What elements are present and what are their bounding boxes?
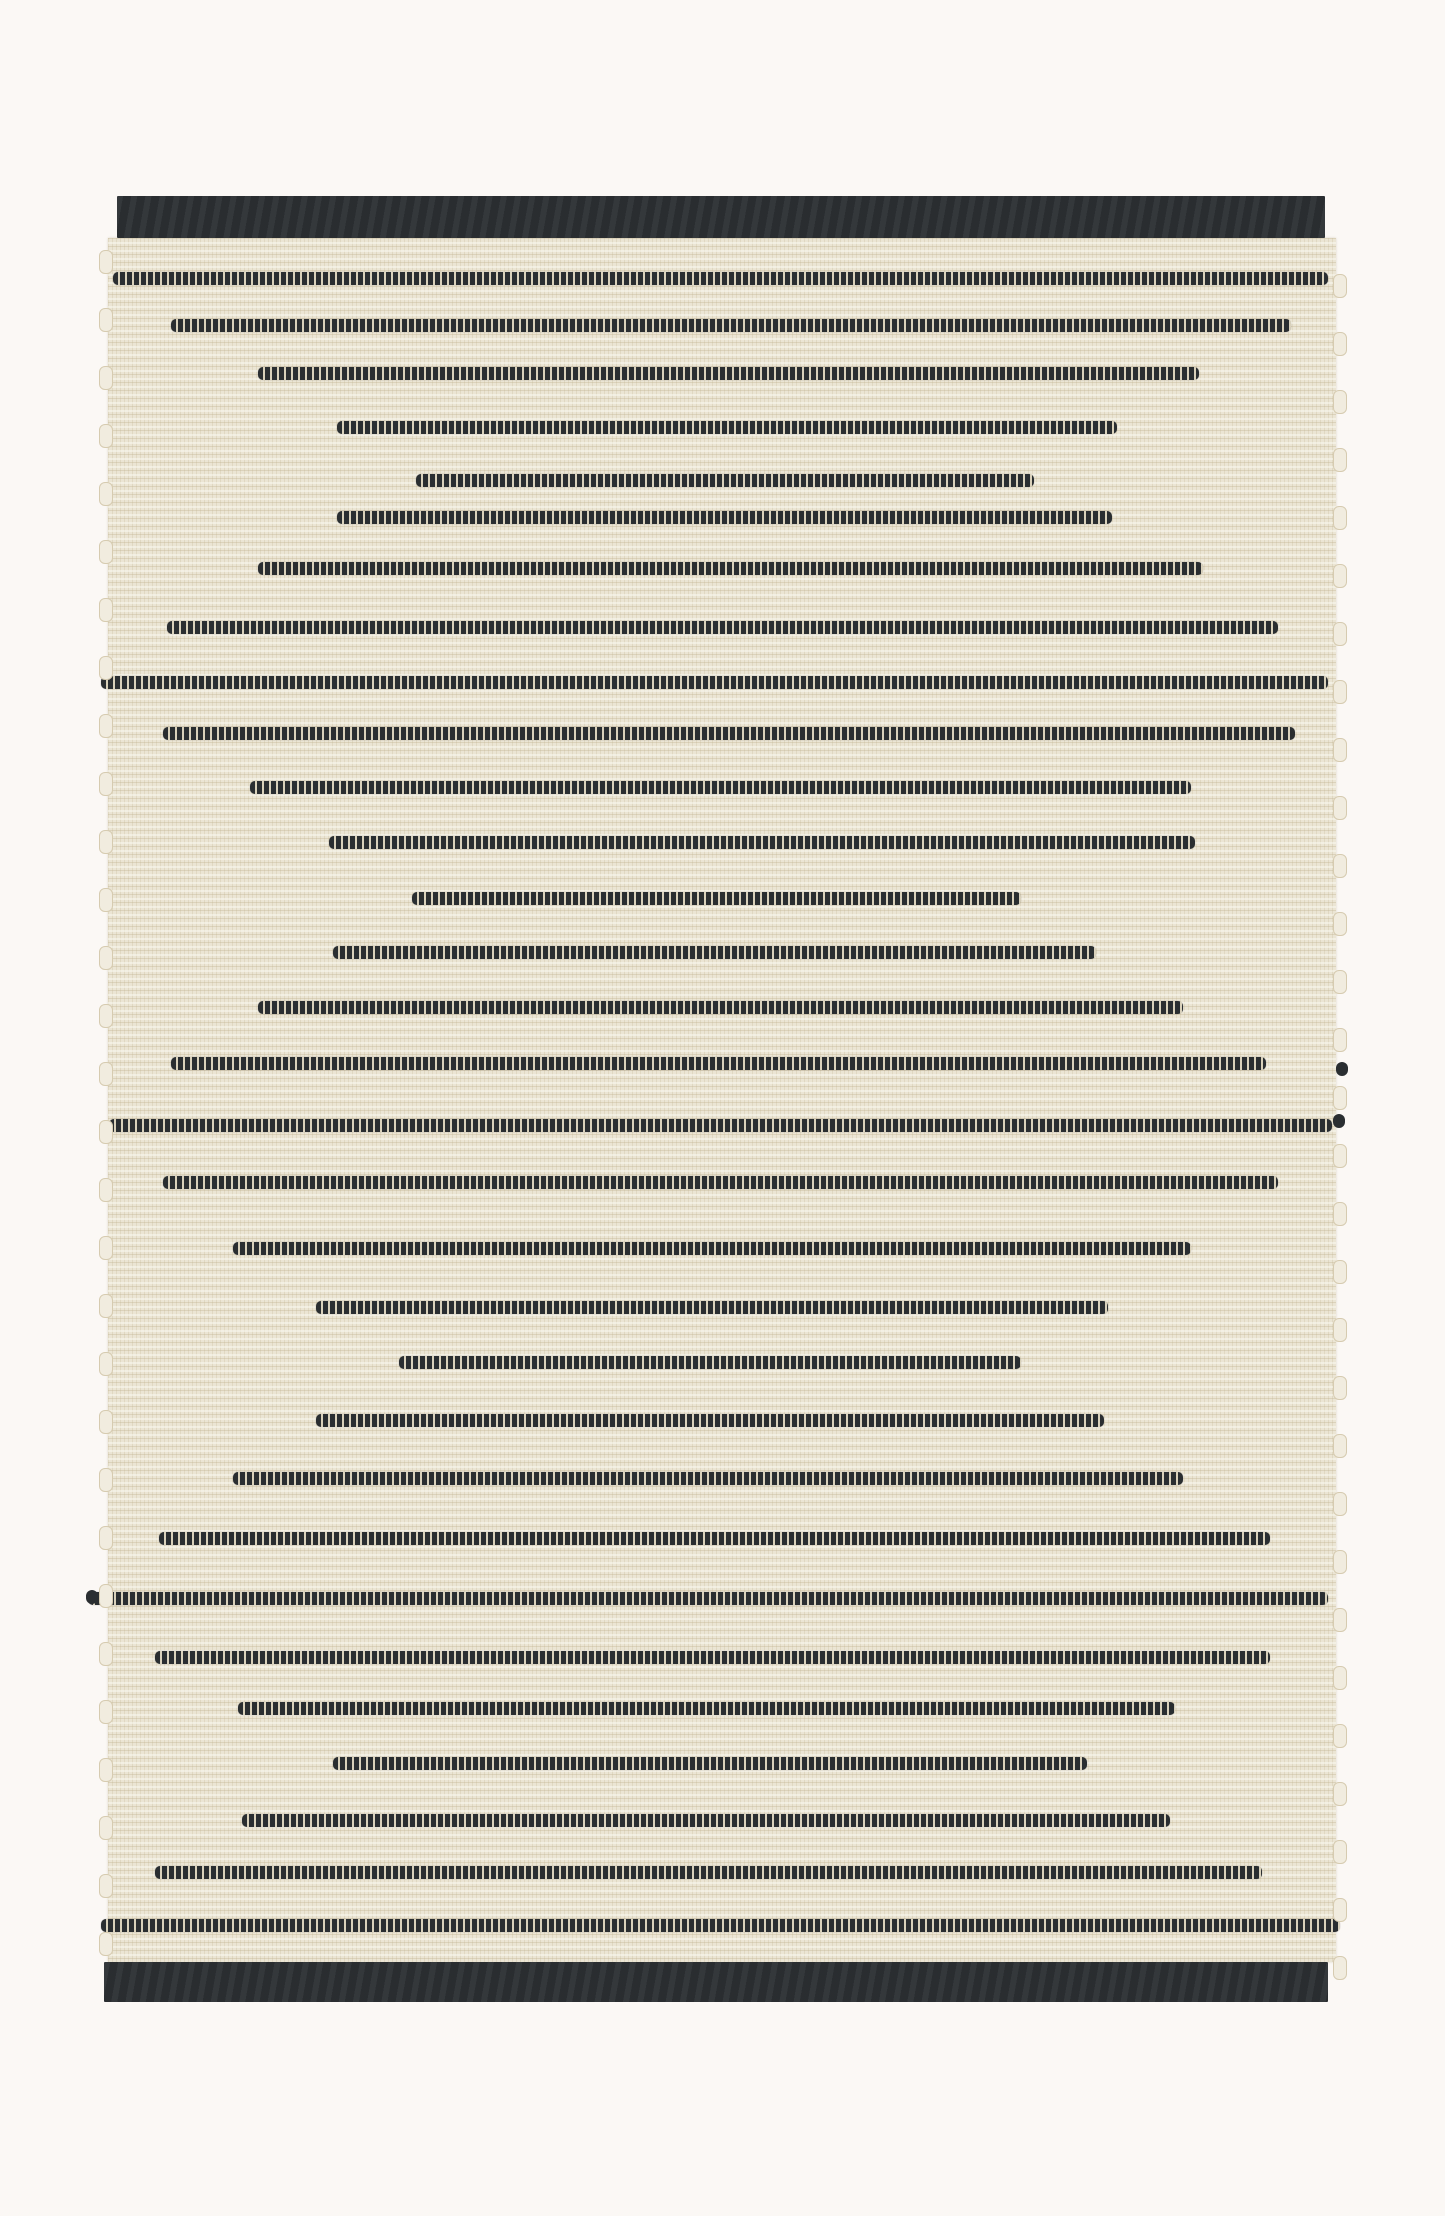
- selvage-loop-right: [1333, 1550, 1347, 1574]
- selvage-loop-right: [1333, 1434, 1347, 1458]
- stripe-end-tab: [1333, 1114, 1345, 1128]
- selvage-loop-left: [99, 1120, 113, 1144]
- selvage-loop-right: [1333, 1376, 1347, 1400]
- selvage-loop-right: [1333, 1492, 1347, 1516]
- rug-stripe: [416, 474, 1034, 487]
- selvage-loop-right: [1333, 1318, 1347, 1342]
- selvage-loop-right: [1333, 1956, 1347, 1980]
- selvage-loop-right: [1333, 506, 1347, 530]
- rug-stripe: [163, 1176, 1278, 1189]
- selvage-loop-left: [99, 1410, 113, 1434]
- selvage-loop-right: [1333, 680, 1347, 704]
- selvage-loop-right: [1333, 1260, 1347, 1284]
- rug-stripe: [155, 1651, 1270, 1664]
- rug-bottom-border: [104, 1962, 1328, 2002]
- selvage-loop-left: [99, 772, 113, 796]
- stripe-end-tab: [86, 1590, 98, 1604]
- selvage-loop-right: [1333, 332, 1347, 356]
- selvage-loop-left: [99, 424, 113, 448]
- rug-stripe: [337, 421, 1117, 434]
- rug-stripe: [399, 1356, 1021, 1369]
- selvage-loop-left: [99, 1584, 113, 1608]
- selvage-loop-left: [99, 888, 113, 912]
- rug-stripe: [101, 1919, 1340, 1932]
- rug-stripe: [316, 1414, 1104, 1427]
- rug-stripe: [109, 1119, 1332, 1132]
- rug-stripe: [238, 1702, 1175, 1715]
- selvage-loop-right: [1333, 912, 1347, 936]
- selvage-loop-left: [99, 1816, 113, 1840]
- selvage-loop-right: [1333, 564, 1347, 588]
- selvage-loop-left: [99, 1236, 113, 1260]
- selvage-loop-left: [99, 1062, 113, 1086]
- selvage-loop-right: [1333, 796, 1347, 820]
- rug-stripe: [412, 892, 1021, 905]
- rug-stripe: [258, 1001, 1183, 1014]
- rug-stripe: [233, 1472, 1183, 1485]
- selvage-loop-left: [99, 1642, 113, 1666]
- selvage-loop-left: [99, 1468, 113, 1492]
- selvage-loop-left: [99, 1932, 113, 1956]
- rug-stripe: [250, 781, 1191, 794]
- selvage-loop-left: [99, 830, 113, 854]
- rug-stripe: [171, 1057, 1266, 1070]
- selvage-loop-right: [1333, 622, 1347, 646]
- rug-stripe: [155, 1866, 1262, 1879]
- selvage-loop-left: [99, 714, 113, 738]
- rug-stripe: [167, 621, 1278, 634]
- rug-stripe: [171, 319, 1291, 332]
- selvage-loop-left: [99, 366, 113, 390]
- rug-stripe: [333, 946, 1096, 959]
- selvage-loop-right: [1333, 738, 1347, 762]
- selvage-loop-right: [1333, 1898, 1347, 1922]
- rug-stripe: [101, 676, 1328, 689]
- rug-stripe: [316, 1301, 1108, 1314]
- selvage-loop-right: [1333, 970, 1347, 994]
- selvage-loop-left: [99, 1294, 113, 1318]
- selvage-loop-left: [99, 482, 113, 506]
- rug-stripe: [333, 1757, 1087, 1770]
- selvage-loop-left: [99, 656, 113, 680]
- selvage-loop-right: [1333, 1782, 1347, 1806]
- selvage-loop-left: [99, 1004, 113, 1028]
- selvage-loop-right: [1333, 1086, 1347, 1110]
- rug-stripe: [258, 367, 1199, 380]
- rug-stripe: [258, 562, 1203, 575]
- rug-stripe: [233, 1242, 1191, 1255]
- rug-photo: [0, 0, 1445, 2216]
- selvage-loop-left: [99, 1758, 113, 1782]
- selvage-loop-left: [99, 1526, 113, 1550]
- selvage-loop-right: [1333, 1724, 1347, 1748]
- selvage-loop-right: [1333, 274, 1347, 298]
- selvage-loop-left: [99, 598, 113, 622]
- selvage-loop-left: [99, 1178, 113, 1202]
- rug-top-border: [117, 196, 1325, 238]
- selvage-loop-right: [1333, 854, 1347, 878]
- stripe-end-tab: [1336, 1062, 1348, 1076]
- selvage-loop-left: [99, 1352, 113, 1376]
- selvage-loop-left: [99, 1700, 113, 1724]
- selvage-loop-right: [1333, 1028, 1347, 1052]
- selvage-loop-left: [99, 946, 113, 970]
- selvage-loop-right: [1333, 1202, 1347, 1226]
- rug-stripe: [163, 727, 1295, 740]
- selvage-loop-right: [1333, 1666, 1347, 1690]
- rug-stripe: [113, 272, 1328, 285]
- selvage-loop-left: [99, 250, 113, 274]
- selvage-loop-right: [1333, 1840, 1347, 1864]
- selvage-loop-right: [1333, 390, 1347, 414]
- selvage-loop-right: [1333, 1608, 1347, 1632]
- rug-stripe: [329, 836, 1195, 849]
- selvage-loop-right: [1333, 1144, 1347, 1168]
- rug-stripe: [242, 1814, 1170, 1827]
- selvage-loop-right: [1333, 448, 1347, 472]
- rug-stripe: [159, 1532, 1270, 1545]
- selvage-loop-left: [99, 308, 113, 332]
- rug-stripe: [337, 511, 1112, 524]
- rug-stripe: [88, 1592, 1328, 1605]
- selvage-loop-left: [99, 540, 113, 564]
- selvage-loop-left: [99, 1874, 113, 1898]
